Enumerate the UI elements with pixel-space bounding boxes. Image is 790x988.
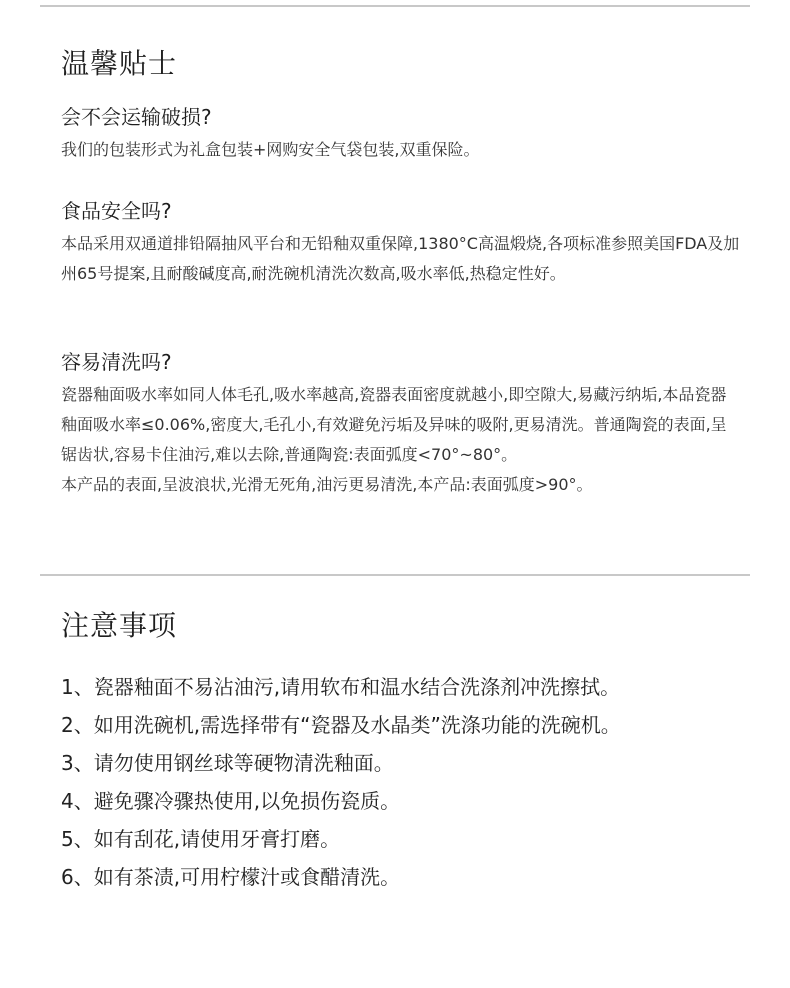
section-divider <box>40 574 750 576</box>
note-item: 2、如用洗碗机,需选择带有“瓷器及水晶类”洗涤功能的洗碗机。 <box>61 706 751 744</box>
qa-food-safety: 食品安全吗? 本品采用双通道排铅隔抽风平台和无铅釉双重保障,1380°C高温煅烧… <box>61 197 741 289</box>
qa-answer: 瓷器釉面吸水率如同人体毛孔,吸水率越高,瓷器表面密度就越小,即空隙大,易藏污纳垢… <box>61 380 741 500</box>
qa-answer: 我们的包装形式为礼盒包装+网购安全气袋包装,双重保险。 <box>61 135 741 165</box>
note-item: 3、请勿使用钢丝球等硬物清洗釉面。 <box>61 744 751 782</box>
qa-answer-paragraph: 我们的包装形式为礼盒包装+网购安全气袋包装,双重保险。 <box>61 135 741 165</box>
note-item: 4、避免骤冷骤热使用,以免损伤瓷质。 <box>61 782 751 820</box>
qa-question: 会不会运输破损? <box>61 103 741 131</box>
qa-answer: 本品采用双通道排铅隔抽风平台和无铅釉双重保障,1380°C高温煅烧,各项标准参照… <box>61 229 741 289</box>
qa-answer-paragraph: 本品采用双通道排铅隔抽风平台和无铅釉双重保障,1380°C高温煅烧,各项标准参照… <box>61 229 741 289</box>
qa-shipping: 会不会运输破损? 我们的包装形式为礼盒包装+网购安全气袋包装,双重保险。 <box>61 103 741 165</box>
notes-title: 注意事项 <box>61 604 177 644</box>
qa-answer-paragraph: 瓷器釉面吸水率如同人体毛孔,吸水率越高,瓷器表面密度就越小,即空隙大,易藏污纳垢… <box>61 380 741 470</box>
notes-list: 1、瓷器釉面不易沾油污,请用软布和温水结合洗涤剂冲洗擦拭。 2、如用洗碗机,需选… <box>61 668 751 896</box>
qa-question: 食品安全吗? <box>61 197 741 225</box>
note-item: 1、瓷器釉面不易沾油污,请用软布和温水结合洗涤剂冲洗擦拭。 <box>61 668 751 706</box>
qa-question: 容易清洗吗? <box>61 348 741 376</box>
qa-answer-paragraph: 本产品的表面,呈波浪状,光滑无死角,油污更易清洗,本产品:表面弧度>90°。 <box>61 470 741 500</box>
note-item: 6、如有茶渍,可用柠檬汁或食醋清洗。 <box>61 858 751 896</box>
qa-cleaning: 容易清洗吗? 瓷器釉面吸水率如同人体毛孔,吸水率越高,瓷器表面密度就越小,即空隙… <box>61 348 741 500</box>
top-divider <box>40 5 750 7</box>
note-item: 5、如有刮花,请使用牙膏打磨。 <box>61 820 751 858</box>
tips-title: 温馨贴士 <box>61 42 177 82</box>
